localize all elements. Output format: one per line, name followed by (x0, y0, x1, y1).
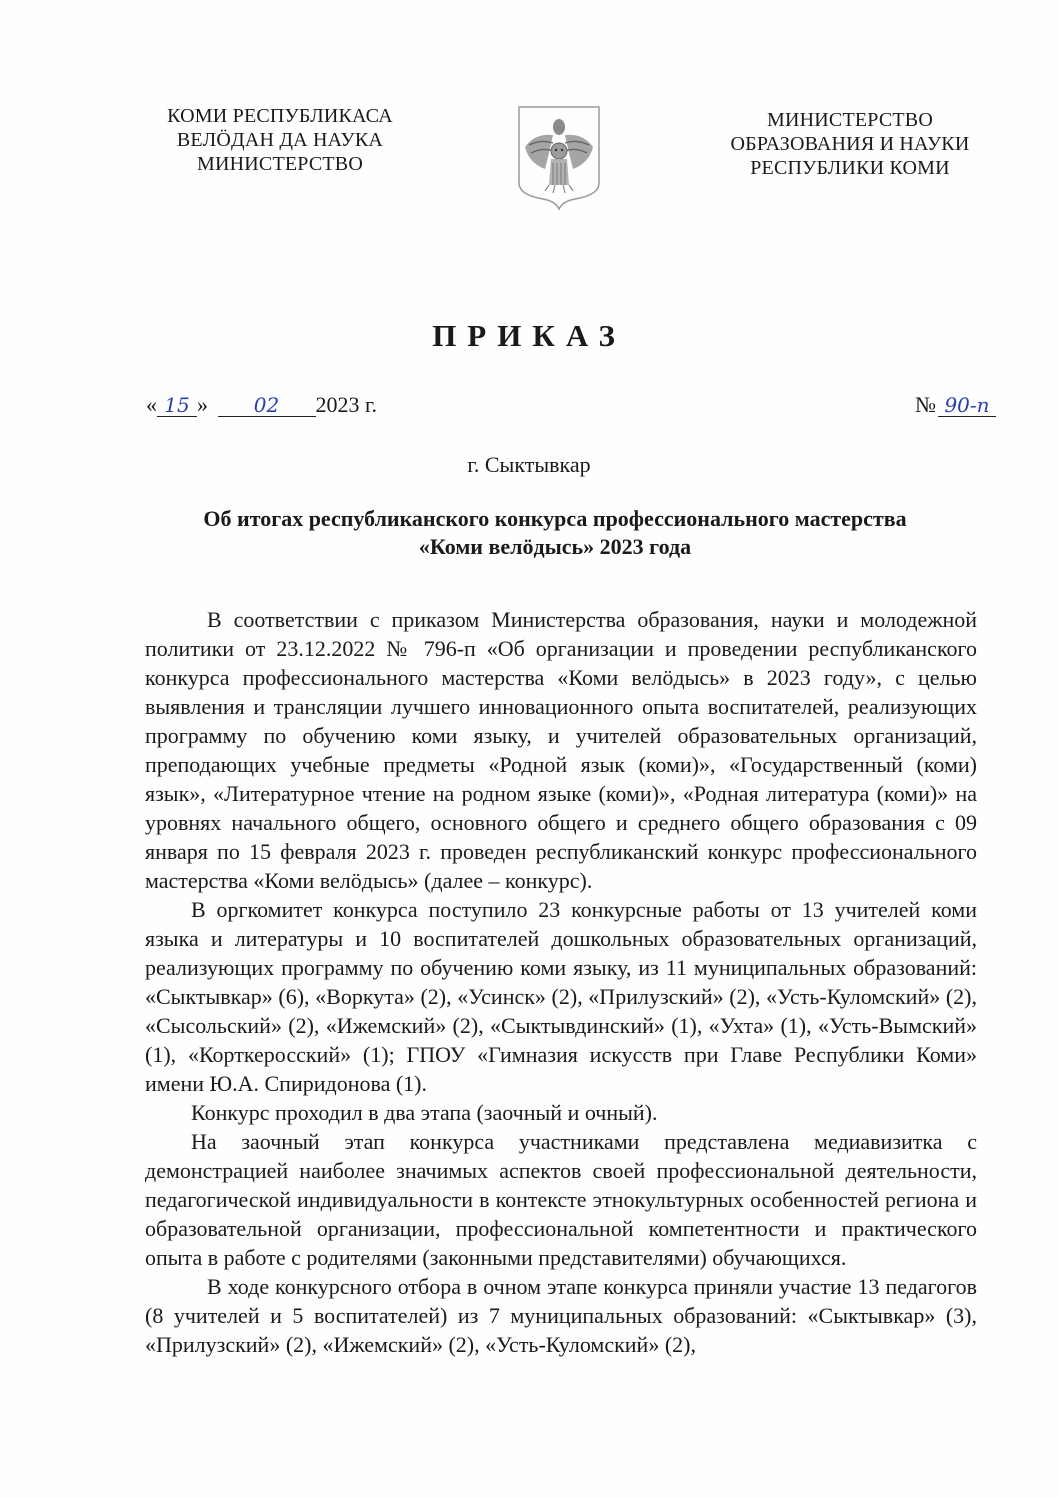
order-number: №90-п (915, 392, 996, 418)
paragraph: В ходе конкурсного отбора в очном этапе … (145, 1272, 977, 1359)
document-page: КОМИ РЕСПУБЛИКАСА ВЕЛÖДАН ДА НАУКА МИНИС… (0, 0, 1058, 1497)
header-left-komi-ministry: КОМИ РЕСПУБЛИКАСА ВЕЛÖДАН ДА НАУКА МИНИС… (140, 104, 420, 176)
document-type-title: ПРИКАЗ (0, 318, 1058, 354)
date-close-quote: » (197, 392, 208, 417)
header-left-line-2: ВЕЛÖДАН ДА НАУКА (140, 128, 420, 152)
paragraph: В соответствии с приказом Министерства о… (145, 605, 977, 895)
date-month: 02 (218, 394, 316, 417)
city: г. Сыктывкар (0, 452, 1058, 478)
document-body: В соответствии с приказом Министерства о… (145, 605, 977, 1359)
subject-line-1: Об итогах республиканского конкурса проф… (140, 505, 970, 533)
paragraph: В оргкомитет конкурса поступило 23 конку… (145, 895, 977, 1098)
header-left-line-1: КОМИ РЕСПУБЛИКАСА (140, 104, 420, 128)
order-date: «15» 022023 г. (146, 392, 377, 418)
header-right-line-3: РЕСПУБЛИКИ КОМИ (700, 156, 1000, 180)
subject-line-2: «Коми велöдысь» 2023 года (140, 533, 970, 561)
header-right-komi-ministry: МИНИСТЕРСТВО ОБРАЗОВАНИЯ И НАУКИ РЕСПУБЛ… (700, 108, 1000, 180)
header-right-line-2: ОБРАЗОВАНИЯ И НАУКИ (700, 132, 1000, 156)
komi-coat-of-arms-icon (515, 103, 603, 211)
header-left-line-3: МИНИСТЕРСТВО (140, 152, 420, 176)
number-prefix: № (915, 392, 936, 417)
number-value: 90-п (938, 394, 996, 417)
date-year: 2023 г. (316, 392, 378, 417)
paragraph: Конкурс проходил в два этапа (заочный и … (145, 1098, 977, 1127)
order-subject: Об итогах республиканского конкурса проф… (140, 505, 970, 561)
date-day: 15 (157, 394, 197, 417)
header-right-line-1: МИНИСТЕРСТВО (700, 108, 1000, 132)
paragraph: На заочный этап конкурса участниками пре… (145, 1127, 977, 1272)
date-open-quote: « (146, 392, 157, 417)
